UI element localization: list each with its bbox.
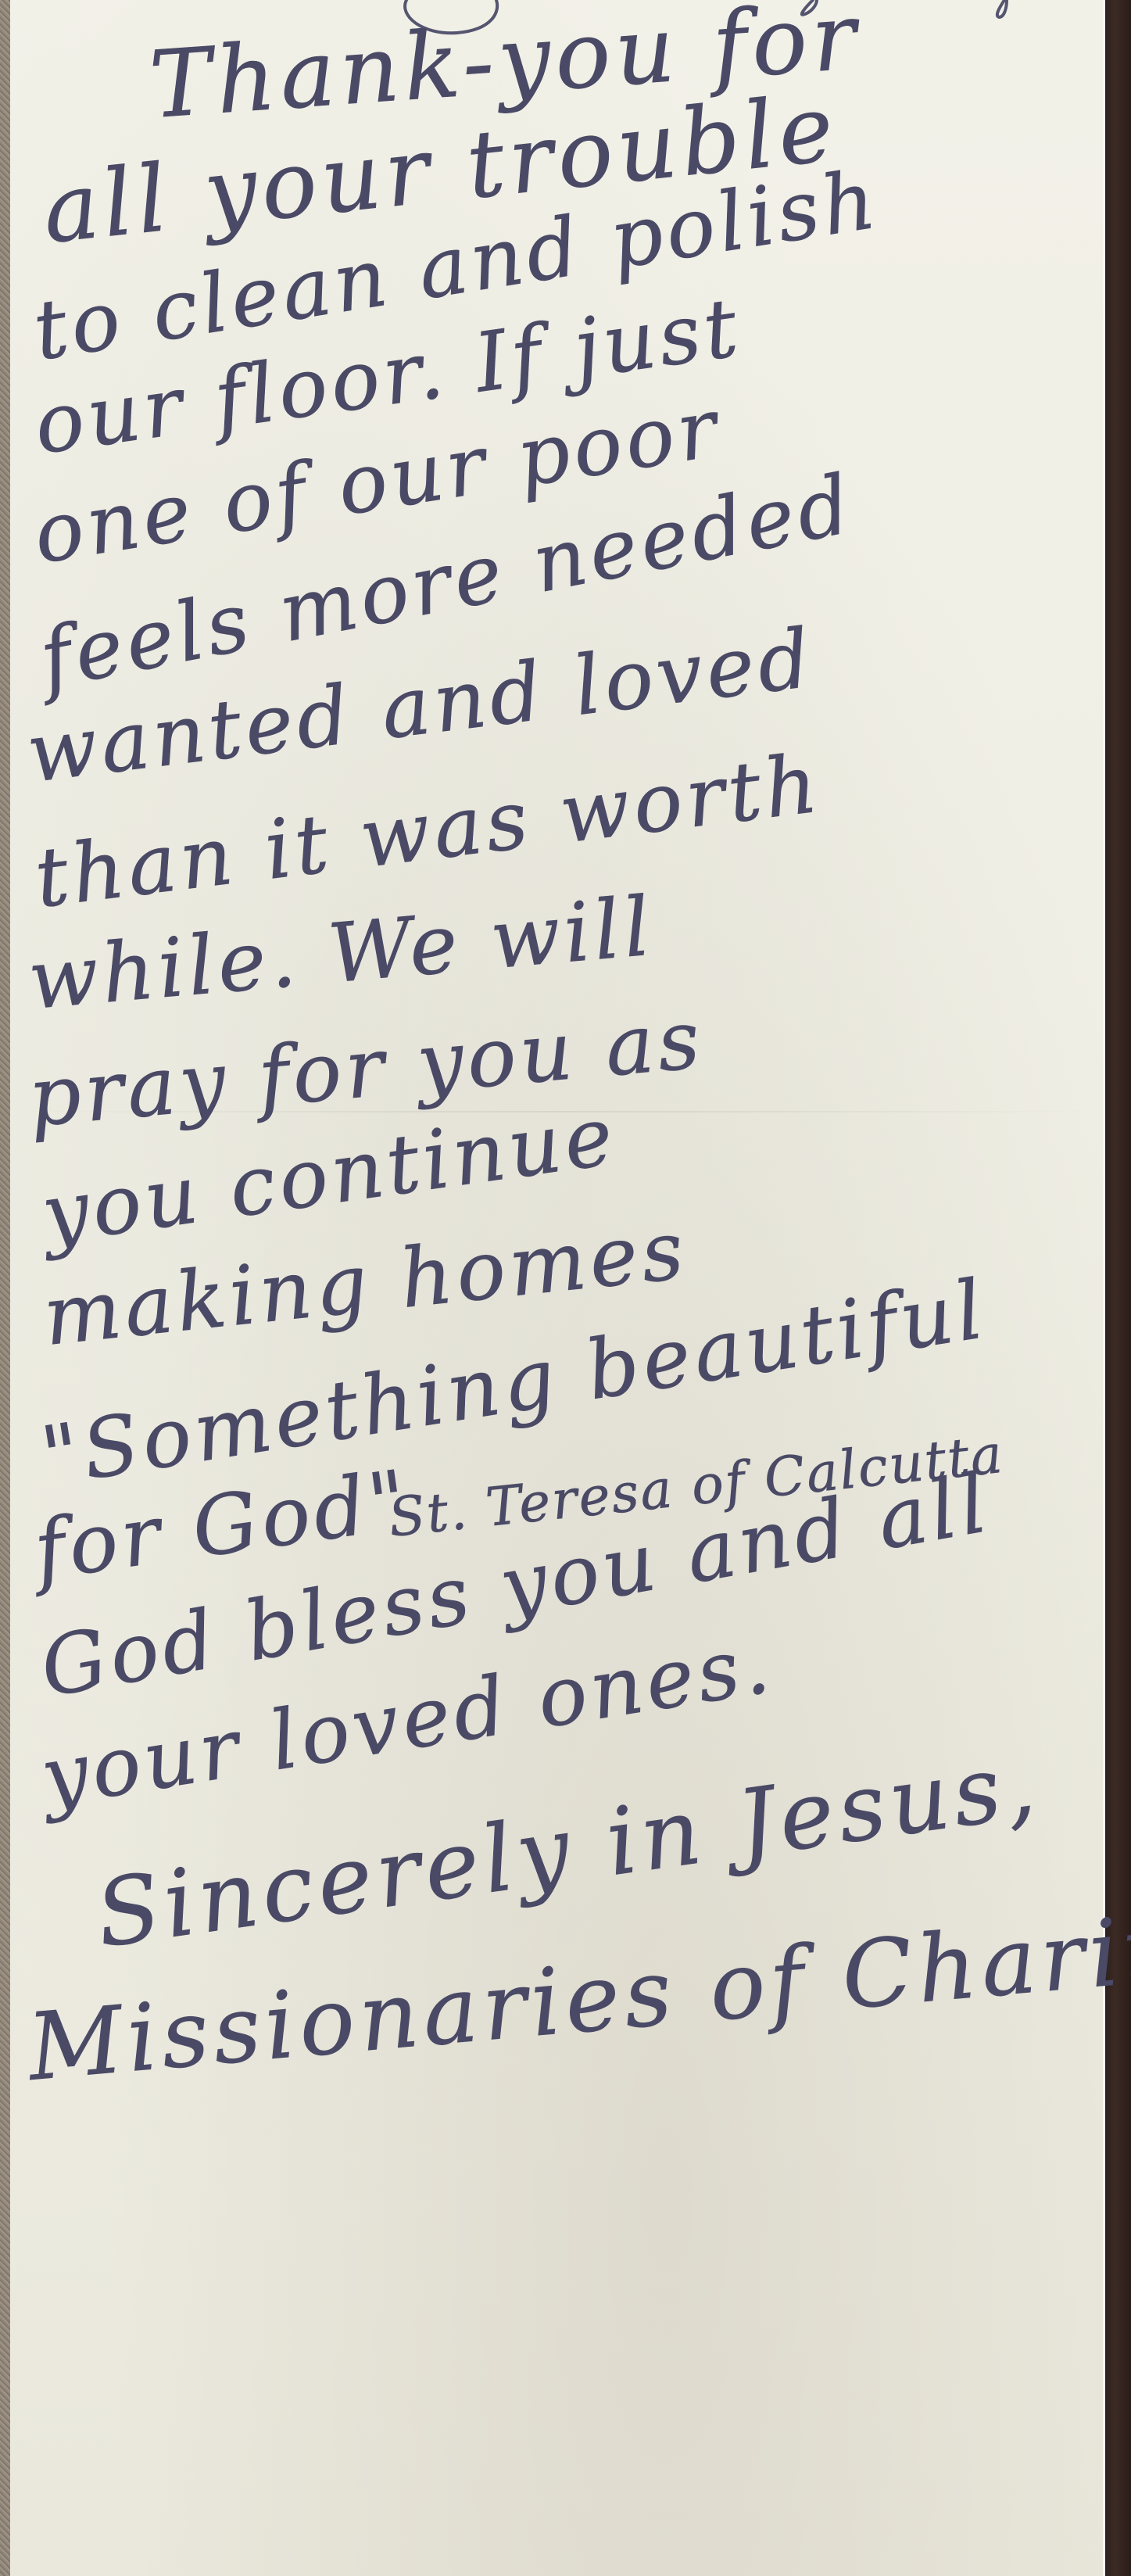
handwriting-layer: Thank-you for all your trouble to clean …	[0, 0, 1131, 2576]
cut-off-descender-fragment	[997, 0, 1007, 17]
